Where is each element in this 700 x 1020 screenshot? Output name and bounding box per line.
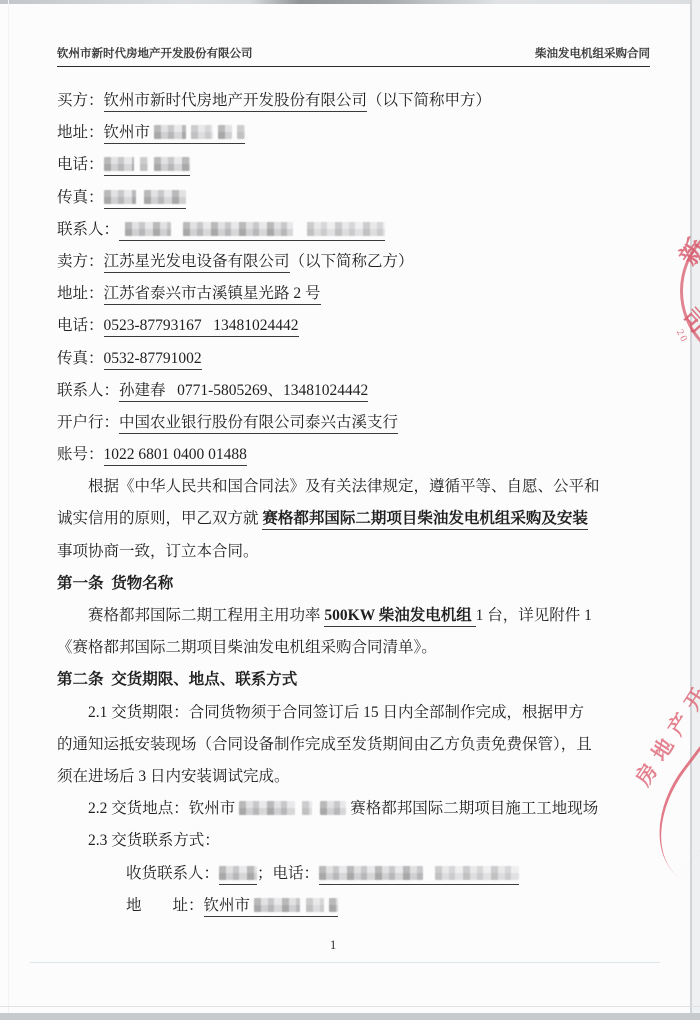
seller-account-label: 账号： (57, 446, 104, 463)
redacted-block (125, 222, 171, 236)
seller-address-value: 江苏省泰兴市古溪镇星光路 2 号 (104, 284, 321, 305)
preamble-line-3: 事项协商一致，订立本合同。 (57, 536, 650, 568)
receiver-phone-label: ；电话： (257, 865, 319, 882)
buyer-contact-line: 联系人： (57, 214, 650, 246)
scanned-contract-page: 钦州市新时代房地产开发股份有限公司 柴油发电机组采购合同 买方：钦州市新时代房地… (0, 0, 700, 1020)
article1-heading: 第一条 货物名称 (57, 568, 650, 600)
preamble-line2-prefix: 诚实信用的原则，甲乙双方就 (57, 510, 262, 527)
scan-bottom-line (0, 1006, 700, 1007)
redacted-block (237, 125, 245, 139)
redacted-block (319, 866, 423, 880)
seller-label: 卖方： (57, 253, 104, 270)
generator-spec-underlined: 500KW 柴油发电机组 (324, 606, 475, 627)
buyer-contact-label: 联系人： (57, 221, 119, 238)
scan-right-edge (690, 0, 692, 1020)
project-name-underlined: 赛格都邦国际二期项目柴油发电机组采购及安装 (262, 509, 588, 530)
seller-line: 卖方：江苏星光发电设备有限公司（以下简称乙方） (57, 246, 650, 278)
buyer-fax-value (104, 188, 186, 209)
seller-fax-value: 0532-87791002 (104, 349, 202, 370)
seller-phone-value: 0523-87793167 13481024442 (104, 316, 299, 337)
clause22-suffix: 赛格都邦国际二期项目施工工地现场 (350, 800, 598, 817)
seller-address-label: 地址： (57, 285, 104, 302)
clause21-line1: 2.1 交货期限：合同货物须于合同签订后 15 日内全部制作完成，根据甲方 (57, 697, 650, 729)
seller-phone-line: 电话：0523-87793167 13481024442 (57, 310, 650, 342)
preamble-line-2: 诚实信用的原则，甲乙双方就 赛格都邦国际二期项目柴油发电机组采购及安装 (57, 503, 650, 535)
preamble-line-1: 根据《中华人民共和国合同法》及有关法律规定，遵循平等、自愿、公平和 (57, 471, 650, 503)
redacted-block (183, 222, 293, 236)
page-number: 1 (330, 938, 336, 953)
buyer-label: 买方： (57, 92, 104, 109)
buyer-suffix: （以下简称甲方） (367, 92, 491, 109)
receiver-name-value (219, 864, 257, 885)
seller-account-line: 账号：1022 6801 0400 01488 (57, 439, 650, 471)
scan-left-edge (8, 0, 9, 1020)
seller-contact-line: 联系人：孙建春 0771-5805269、13481024442 (57, 375, 650, 407)
seller-contact-value: 孙建春 0771-5805269、13481024442 (119, 381, 368, 402)
seller-fax-line: 传真：0532-87791002 (57, 343, 650, 375)
seller-bank-label: 开户行： (57, 414, 119, 431)
receiver-address-label: 地 址： (126, 897, 204, 914)
buyer-address-text: 钦州市 (104, 124, 151, 141)
redacted-block (435, 866, 519, 880)
buyer-fax-label: 传真： (57, 189, 104, 206)
redacted-block (140, 157, 148, 171)
scan-bottom-edge (0, 1013, 700, 1020)
redacted-block (144, 190, 186, 204)
redacted-block (307, 222, 385, 236)
buyer-fax-line: 传真： (57, 182, 650, 214)
header-doc-title: 柴油发电机组采购合同 (535, 45, 650, 61)
redacted-block (191, 125, 213, 139)
redacted-block (104, 157, 134, 171)
buyer-contact-value (119, 220, 385, 241)
article1-suffix: 1 台，详见附件 1 (476, 607, 592, 624)
seller-bank-value: 中国农业银行股份有限公司泰兴古溪支行 (119, 413, 398, 434)
seller-fax-label: 传真： (57, 350, 104, 367)
redacted-block (329, 898, 338, 912)
buyer-address-label: 地址： (57, 124, 104, 141)
receiver-address-text: 钦州市 (204, 897, 251, 914)
article2-heading: 第二条 交货期限、地点、联系方式 (57, 664, 650, 696)
buyer-address-value: 钦州市 (104, 123, 246, 144)
seller-phone-label: 电话： (57, 317, 104, 334)
receiver-phone-value (319, 864, 519, 885)
clause22-line: 2.2 交货地点：钦州市赛格都邦国际二期项目施工工地现场 (57, 793, 650, 825)
receiver-address-line: 地 址：钦州市 (57, 890, 650, 922)
clause21-line2: 的通知运抵安装现场（合同设备制作完成至发货期间由乙方负责免费保管），且 (57, 729, 650, 761)
scan-right-gutter (692, 0, 700, 1020)
page-header: 钦州市新时代房地产开发股份有限公司 柴油发电机组采购合同 (57, 45, 650, 67)
header-company: 钦州市新时代房地产开发股份有限公司 (57, 45, 253, 61)
article1-body-line2: 《赛格都邦国际二期项目柴油发电机组采购合同清单》。 (57, 632, 650, 664)
buyer-address-line: 地址：钦州市 (57, 117, 650, 149)
receiver-address-value: 钦州市 (204, 896, 339, 917)
seller-name: 江苏星光发电设备有限公司 (104, 252, 290, 273)
receiver-line: 收货联系人：；电话： (57, 858, 650, 890)
contract-body: 买方：钦州市新时代房地产开发股份有限公司（以下简称甲方） 地址：钦州市 电话： … (57, 85, 650, 922)
clause22-prefix: 2.2 交货地点：钦州市 (88, 800, 235, 817)
redacted-block (218, 125, 232, 139)
seller-suffix: （以下简称乙方） (290, 253, 414, 270)
seller-address-line: 地址：江苏省泰兴市古溪镇星光路 2 号 (57, 278, 650, 310)
redacted-block (254, 898, 300, 912)
seller-bank-line: 开户行：中国农业银行股份有限公司泰兴古溪支行 (57, 407, 650, 439)
scan-top-edge (0, 0, 700, 4)
scan-faint-rule (30, 962, 660, 963)
redacted-block (239, 801, 295, 815)
redacted-block (306, 898, 324, 912)
buyer-phone-value (104, 155, 190, 176)
clause21-line3: 须在进场后 3 日内安装调试完成。 (57, 761, 650, 793)
redacted-block (302, 801, 312, 815)
buyer-name: 钦州市新时代房地产开发股份有限公司 (104, 91, 368, 112)
receiver-label: 收货联系人： (126, 865, 219, 882)
redacted-block (154, 125, 186, 139)
article1-prefix: 赛格都邦国际二期工程用主用功率 (88, 607, 324, 624)
seller-account-value: 1022 6801 0400 01488 (104, 445, 247, 466)
article1-body-line1: 赛格都邦国际二期工程用主用功率 500KW 柴油发电机组 1 台，详见附件 1 (57, 600, 650, 632)
clause23-line: 2.3 交货联系方式： (57, 825, 650, 857)
redacted-block (320, 801, 346, 815)
buyer-line: 买方：钦州市新时代房地产开发股份有限公司（以下简称甲方） (57, 85, 650, 117)
buyer-phone-line: 电话： (57, 149, 650, 181)
seller-contact-label: 联系人： (57, 382, 119, 399)
buyer-phone-label: 电话： (57, 156, 104, 173)
redacted-block (154, 157, 190, 171)
document-content: 钦州市新时代房地产开发股份有限公司 柴油发电机组采购合同 买方：钦州市新时代房地… (57, 45, 650, 922)
redacted-block (104, 190, 136, 204)
redacted-block (219, 866, 257, 880)
